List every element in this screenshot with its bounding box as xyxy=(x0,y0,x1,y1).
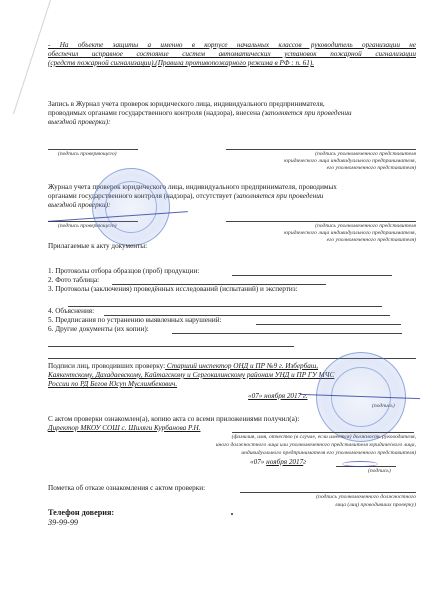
inspector-signature-caption: (подпись проверяющего) xyxy=(58,151,117,158)
handwritten-signature xyxy=(342,461,378,467)
violation-line-2: обеспечил исправное состояние систем авт… xyxy=(48,50,416,59)
acquainted-label: С актом проверки ознакомлен(а), копию ак… xyxy=(48,415,299,424)
attachment-item-5: 5. Предписания по устранению выявленных … xyxy=(48,316,222,325)
acquainted-date-suffix: г xyxy=(303,458,306,466)
representative-signature-line xyxy=(226,149,416,150)
representative-caption-3: его уполномоченного представителя) xyxy=(200,165,416,172)
attachment-line-7 xyxy=(48,346,294,347)
attachment-item-3: 3. Протоколы (заключения) проведённых ис… xyxy=(48,285,298,294)
acquainted-date-month: ноября 2017 xyxy=(266,458,303,466)
inspector-signature-line xyxy=(48,149,138,150)
inspection-date: «07» ноября 2017 г. xyxy=(248,392,308,401)
attachments-heading: Прилагаемые к акту документы: xyxy=(48,242,147,251)
refusal-caption-1: (подпись уполномоченного должностного xyxy=(200,494,416,501)
representative-signature-line-2 xyxy=(226,221,416,222)
inspectors-line-2: Каякентскому, Дахадаевскому, Кайтагскому… xyxy=(48,371,334,380)
inspectors-line-3: России по РД Бегов Юсуп Муслимбекович. xyxy=(48,380,177,389)
refusal-label: Пометка об отказе ознакомления с актом п… xyxy=(48,484,205,493)
acquainted-caption-3: индивидуального предпринимателя его упол… xyxy=(150,450,416,457)
hotline-number: 39-99-99 xyxy=(48,518,78,528)
violation-line-3: (средств пожарной сигнализации).(Правила… xyxy=(48,59,416,68)
acquainted-caption-1: (фамилия, имя, отчество (в случае, если … xyxy=(150,434,416,441)
refusal-caption-2: лица (лиц) проводивших проверку) xyxy=(200,502,416,509)
acquainted-name: Директор МКОУ СОШ с. Шиляги Курбанова Р.… xyxy=(48,424,200,433)
attachment-line-5 xyxy=(256,324,401,325)
journal-entry-line-1: Запись в Журнал учета проверок юридическ… xyxy=(48,100,418,109)
document-page: - На объекте защиты а именно в корпусе н… xyxy=(0,0,436,600)
inspector-title: Старший инспектор ОНД и ПР №9 г. Изберба… xyxy=(165,362,318,370)
acquainted-caption-2: иного должностного лица или уполномоченн… xyxy=(150,442,416,449)
hotline-label: Телефон доверия: xyxy=(48,508,114,518)
scan-speck xyxy=(231,513,233,515)
attachment-item-1: 1. Протоколы отбора образцов (проб) прод… xyxy=(48,267,199,276)
acquainted-sign-caption: (подпись) xyxy=(368,468,391,475)
acquainted-date: «07» ноября 2017г xyxy=(250,458,306,467)
journal-entry-text: проводимых органами государственного кон… xyxy=(48,109,262,117)
journal-entry-line-2: проводимых органами государственного кон… xyxy=(48,109,428,118)
attachment-item-4: 4. Объяснения: xyxy=(48,307,94,316)
refusal-line xyxy=(240,492,416,493)
acquainted-name-line xyxy=(232,432,414,433)
official-stamp xyxy=(92,168,170,246)
inspectors-label: Подписи лиц, проводивших проверку: xyxy=(48,362,165,370)
attachment-line-3 xyxy=(68,306,382,307)
journal-entry-line-3: выездной проверки): xyxy=(48,118,110,127)
representative-caption-2-3: его уполномоченного представителя) xyxy=(200,237,416,244)
violation-line-1: - На объекте защиты а именно в корпусе н… xyxy=(48,41,416,50)
attachment-line-1 xyxy=(232,275,392,276)
acquainted-date-day: «07» xyxy=(250,458,266,466)
journal-absent-note: (заполняется при проведении xyxy=(234,192,324,200)
journal-entry-note: (заполняется при проведении xyxy=(262,109,352,117)
attachment-line-6 xyxy=(172,333,402,334)
margin-scan-line xyxy=(13,0,51,114)
attachment-item-6: 6. Другие документы (их копии): xyxy=(48,325,149,334)
attachment-item-2: 2. Фото таблица: xyxy=(48,276,99,285)
